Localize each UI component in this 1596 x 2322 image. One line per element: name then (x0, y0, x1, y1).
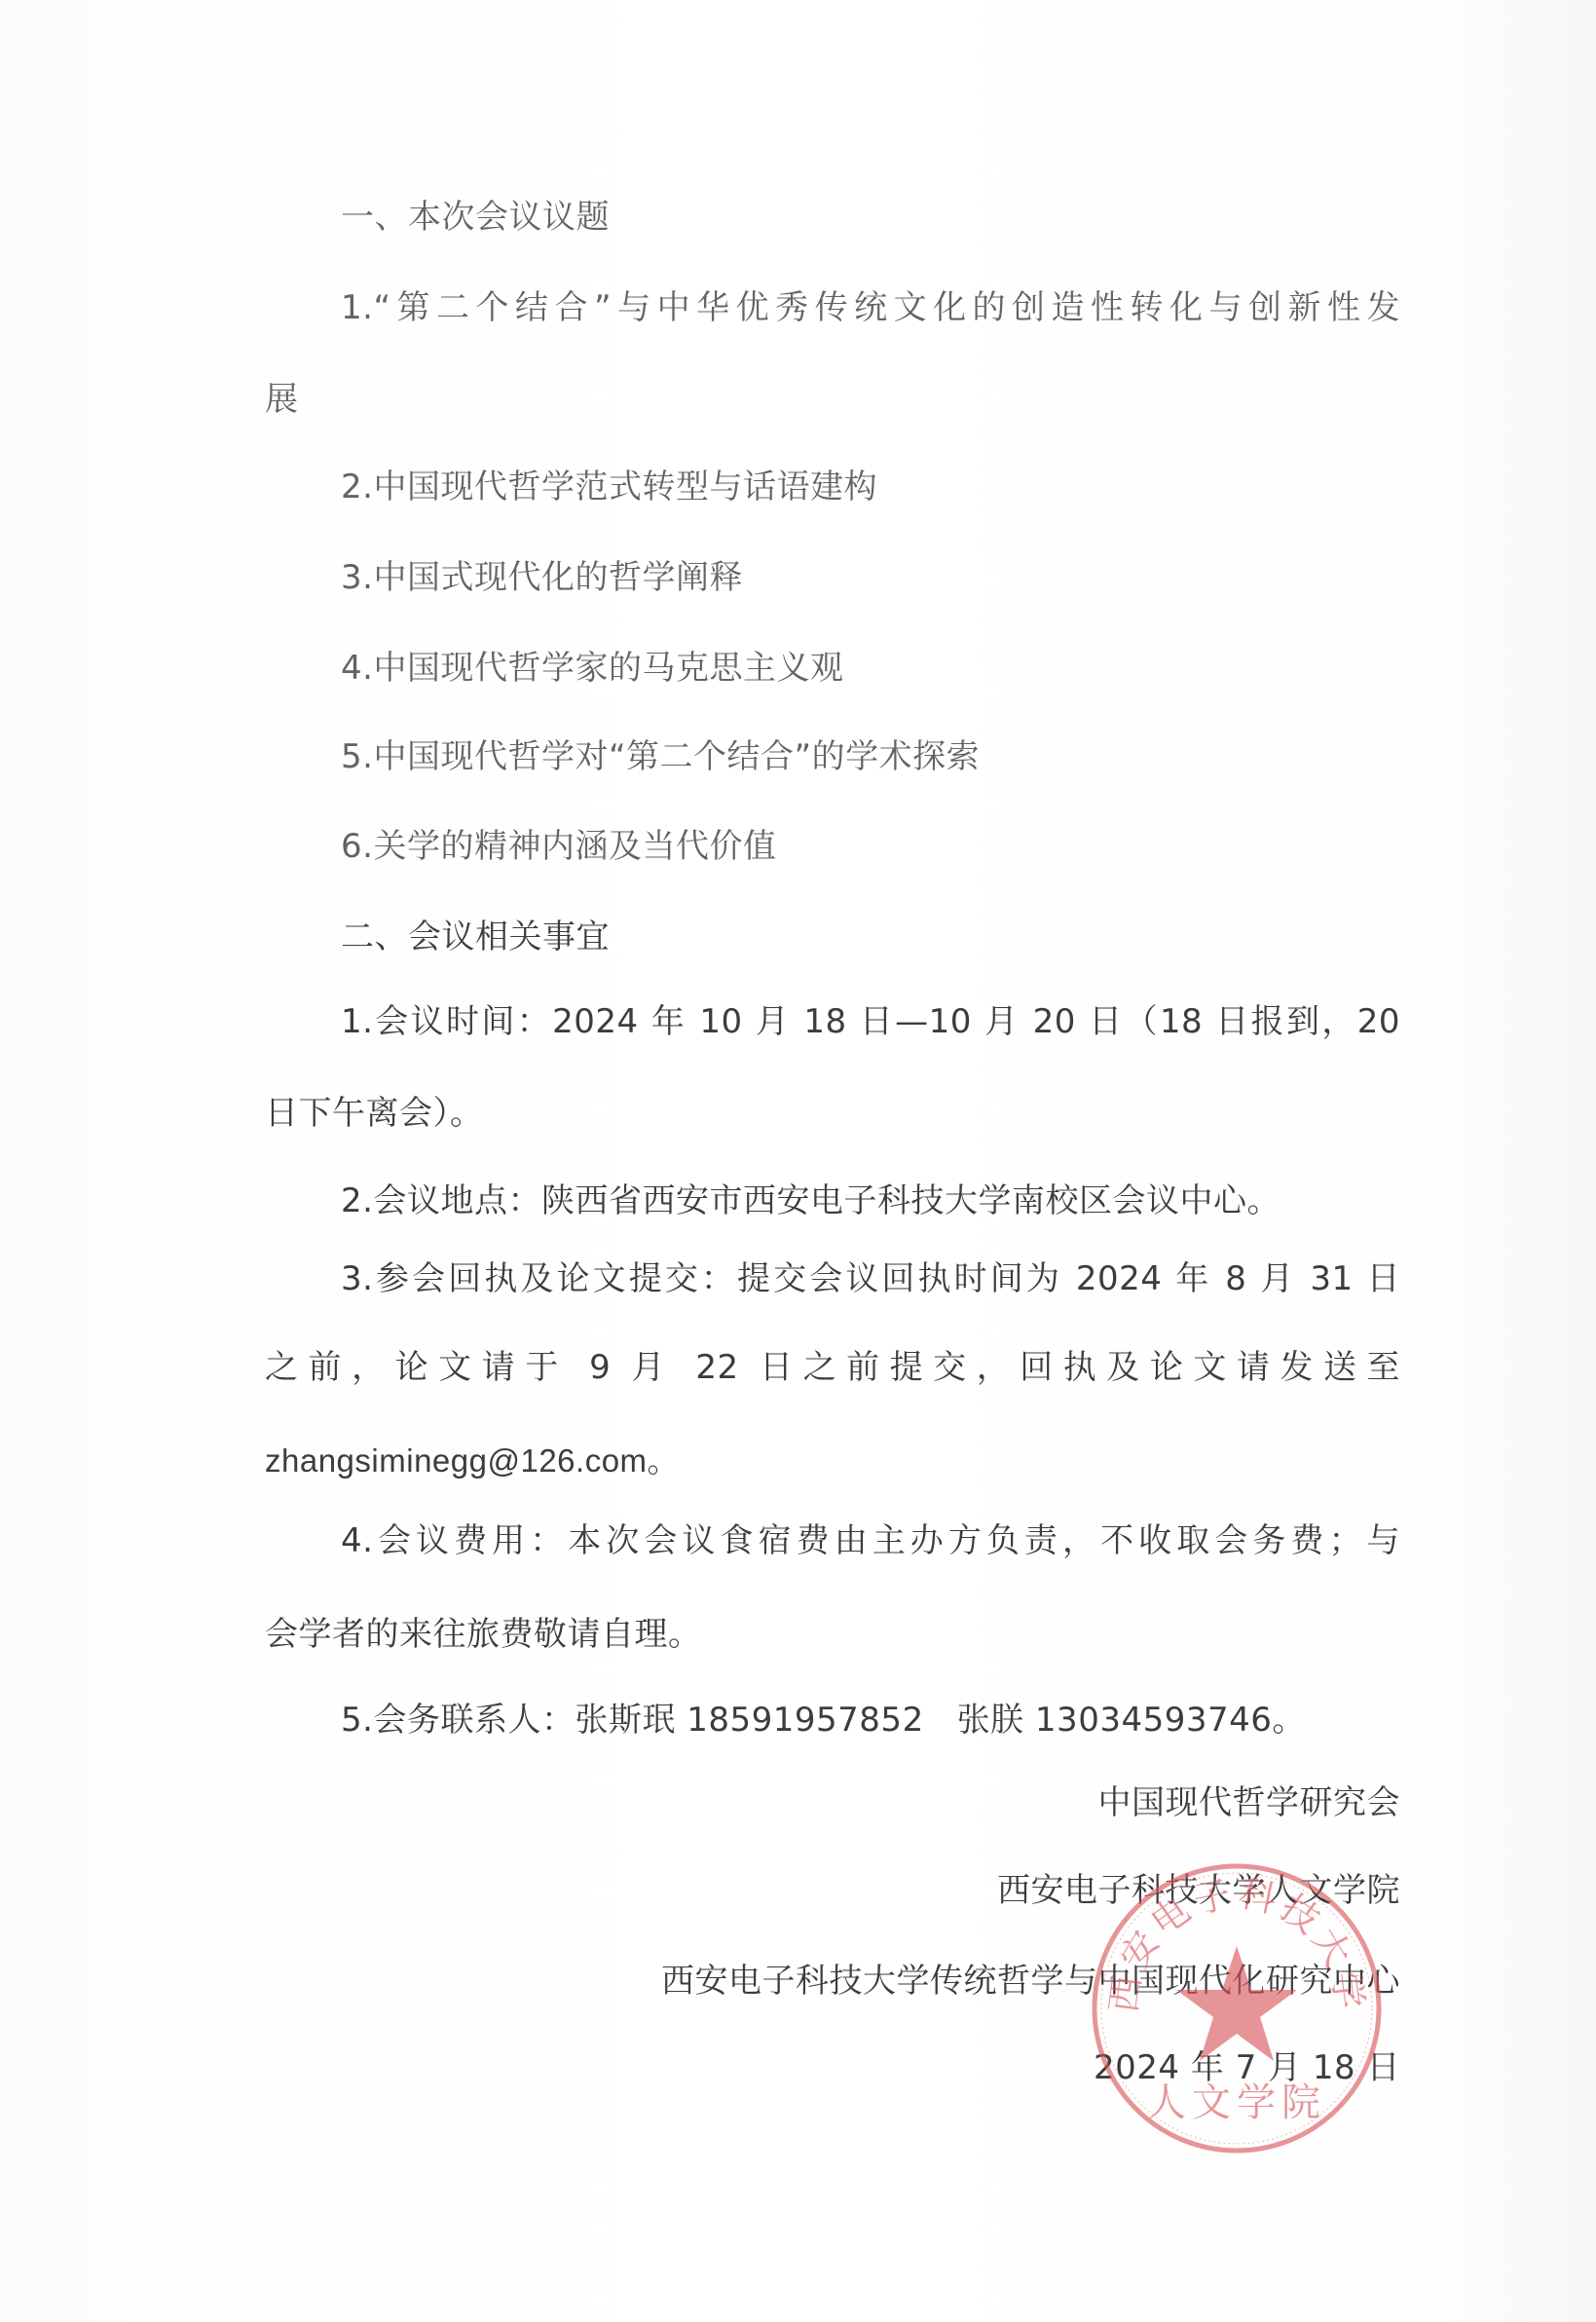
detail-item-2-location: 2.会议地点：陕西省西安市西安电子科技大学南校区会议中心。 (341, 1178, 1400, 1224)
topic-item-1-continuation: 展 (265, 376, 1400, 423)
detail-item-4-continuation: 会学者的来往旅费敬请自理。 (265, 1611, 1400, 1658)
topic-item-6: 6.关学的精神内涵及当代价值 (341, 823, 1400, 870)
signature-org-1: 中国现代哲学研究会 (1098, 1779, 1401, 1826)
topic-item-2: 2.中国现代哲学范式转型与话语建构 (341, 464, 1400, 510)
section2-heading: 二、会议相关事宜 (341, 914, 1400, 960)
topic-item-1: 1.“第二个结合”与中华优秀传统文化的创造性转化与创新性发 (341, 284, 1400, 331)
section1-heading: 一、本次会议议题 (341, 194, 1400, 241)
detail-item-1-continuation: 日下午离会）。 (265, 1090, 1400, 1137)
detail-item-5-contacts: 5.会务联系人：张斯珉 18591957852 张朕 13034593746。 (341, 1697, 1400, 1743)
signature-org-2: 西安电子科技大学人文学院 (997, 1867, 1400, 1914)
signature-date: 2024 年 7 月 18 日 (1094, 2044, 1400, 2091)
detail-item-4-fees: 4.会议费用：本次会议食宿费由主办方负责，不收取会务费；与 (341, 1517, 1400, 1564)
contact-email[interactable]: zhangsiminegg@126.com。 (265, 1438, 1400, 1484)
document-page: 一、本次会议议题 1.“第二个结合”与中华优秀传统文化的创造性转化与创新性发 展… (0, 0, 1596, 2322)
detail-item-3-submission: 3.参会回执及论文提交：提交会议回执时间为 2024 年 8 月 31 日 (341, 1255, 1400, 1302)
detail-item-1-time: 1.会议时间：2024 年 10 月 18 日—10 月 20 日（18 日报到… (341, 998, 1400, 1045)
topic-item-4: 4.中国现代哲学家的马克思主义观 (341, 645, 1400, 692)
topic-item-3: 3.中国式现代化的哲学阐释 (341, 554, 1400, 601)
signature-org-3: 西安电子科技大学传统哲学与中国现代化研究中心 (661, 1958, 1400, 2004)
topic-item-5: 5.中国现代哲学对“第二个结合”的学术探索 (341, 733, 1400, 780)
detail-item-3-continuation: 之前，论文请于 9 月 22 日之前提交，回执及论文请发送至 (265, 1344, 1400, 1391)
